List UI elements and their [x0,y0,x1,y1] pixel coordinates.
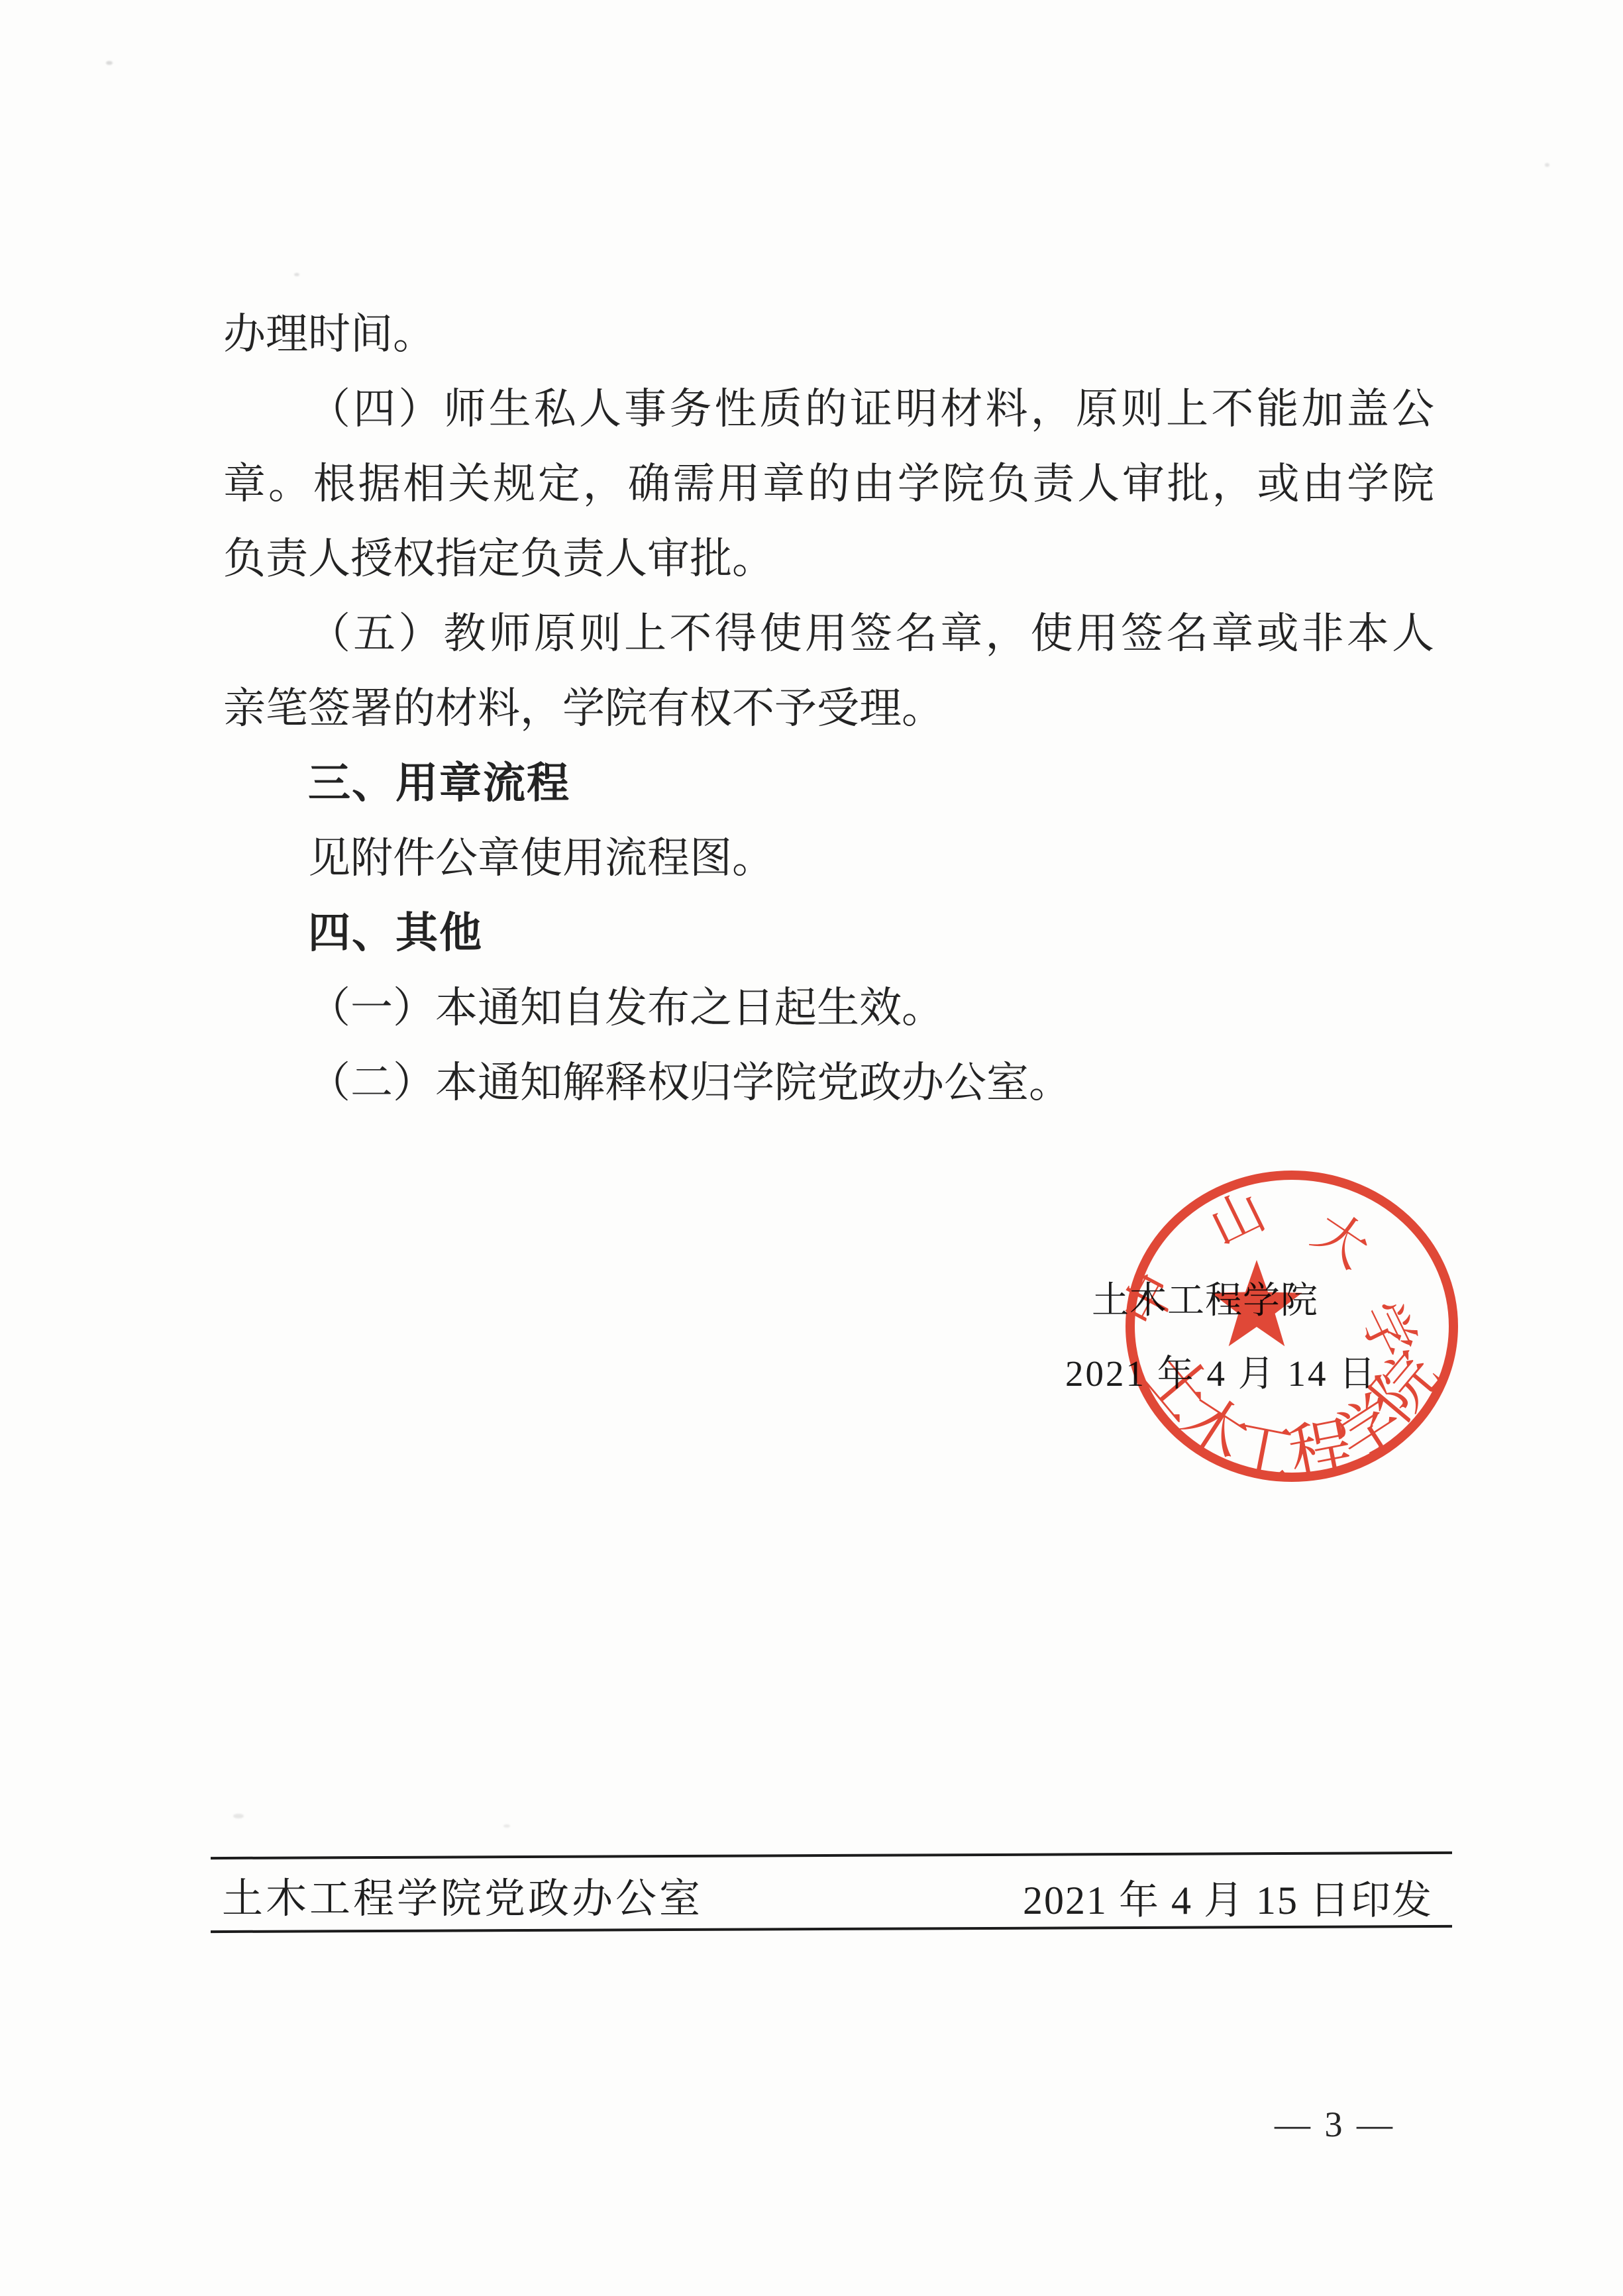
scan-speckle [233,1814,244,1818]
page-number: — 3 — [1265,2105,1404,2144]
body-line: （二）本通知解释权归学院党政办公室。 [223,1045,1434,1120]
body-line: （五）教师原则上不得使用签名章，使用签名章或非本人 [223,596,1434,671]
body-line: 办理时间。 [223,297,1434,372]
stamp-arc-char: 大 [1302,1202,1379,1280]
body-line: （四）师生私人事务性质的证明材料，原则上不能加盖公 [223,372,1434,446]
footer-issuing-office: 土木工程学院党政办公室 [222,1877,703,1921]
document-body: 办理时间。（四）师生私人事务性质的证明材料，原则上不能加盖公章。根据相关规定，确… [223,297,1434,1120]
star-icon [1212,1260,1302,1346]
scan-speckle [106,61,113,65]
scanned-document-page: 办理时间。（四）师生私人事务性质的证明材料，原则上不能加盖公章。根据相关规定，确… [0,0,1623,2296]
body-line: 章。根据相关规定，确需用章的由学院负责人审批，或由学院 [223,446,1434,521]
scan-speckle [503,1824,510,1828]
body-line: 亲笔签署的材料，学院有权不予受理。 [223,671,1434,746]
footer-rule-bottom [211,1925,1452,1933]
footer-rule-top [211,1852,1452,1859]
body-line: （一）本通知自发布之日起生效。 [223,970,1434,1045]
footer-print-date: 2021 年 4 月 15 日印发 [1023,1879,1433,1922]
scan-speckle [1545,163,1549,167]
body-line: 三、用章流程 [223,746,1434,821]
body-line: 四、其他 [223,896,1434,970]
body-line: 负责人授权指定负责人审批。 [223,521,1434,596]
scan-speckle [294,273,299,276]
official-seal-stamp: 中 山 大 学 土 木 工 程 学 院 [1120,1167,1464,1485]
body-line: 见附件公章使用流程图。 [223,821,1434,896]
